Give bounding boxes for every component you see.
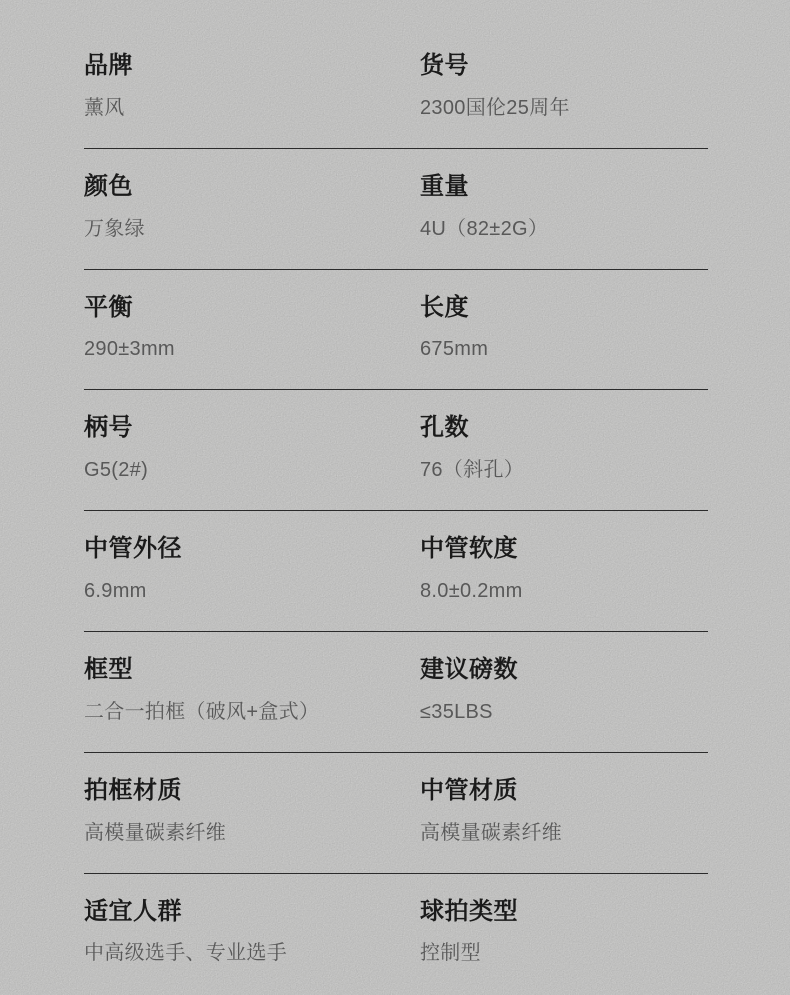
spec-cell-racket-type: 球拍类型 控制型 (420, 898, 708, 966)
spec-value-brand: 薰风 (84, 96, 420, 120)
spec-label-brand: 品牌 (84, 52, 420, 81)
spec-cell-shaft-flex: 中管软度 8.0±0.2mm (420, 535, 708, 603)
spec-row-audience-type: 适宜人群 中高级选手、专业选手 球拍类型 控制型 (84, 874, 708, 994)
spec-label-shaft-flex: 中管软度 (420, 535, 708, 564)
spec-row-balance-length: 平衡 290±3mm 长度 675mm (84, 270, 708, 391)
spec-label-grip-size: 柄号 (84, 414, 420, 443)
spec-cell-frame-type: 框型 二合一拍框（破风+盒式） (84, 656, 420, 724)
spec-value-frame-type: 二合一拍框（破风+盒式） (84, 700, 420, 724)
spec-row-brand-item: 品牌 薰风 货号 2300国伦25周年 (84, 28, 708, 149)
spec-cell-shaft-diameter: 中管外径 6.9mm (84, 535, 420, 603)
spec-cell-weight: 重量 4U（82±2G） (420, 173, 708, 241)
spec-label-frame-type: 框型 (84, 656, 420, 685)
spec-label-racket-type: 球拍类型 (420, 898, 708, 927)
spec-value-balance: 290±3mm (84, 337, 420, 361)
spec-label-item-no: 货号 (420, 52, 708, 81)
spec-label-length: 长度 (420, 294, 708, 323)
spec-label-target-players: 适宜人群 (84, 898, 420, 927)
spec-label-shaft-material: 中管材质 (420, 777, 708, 806)
spec-value-length: 675mm (420, 337, 708, 361)
spec-value-color: 万象绿 (84, 217, 420, 241)
spec-label-weight: 重量 (420, 173, 708, 202)
spec-cell-item-no: 货号 2300国伦25周年 (420, 52, 708, 120)
spec-label-frame-material: 拍框材质 (84, 777, 420, 806)
spec-label-hole-count: 孔数 (420, 414, 708, 443)
spec-value-shaft-diameter: 6.9mm (84, 579, 420, 603)
spec-row-color-weight: 颜色 万象绿 重量 4U（82±2G） (84, 149, 708, 270)
spec-cell-frame-material: 拍框材质 高模量碳素纤维 (84, 777, 420, 845)
spec-value-weight: 4U（82±2G） (420, 217, 708, 241)
spec-cell-color: 颜色 万象绿 (84, 173, 420, 241)
spec-label-balance: 平衡 (84, 294, 420, 323)
spec-value-string-tension: ≤35LBS (420, 700, 708, 724)
spec-label-color: 颜色 (84, 173, 420, 202)
spec-cell-length: 长度 675mm (420, 294, 708, 362)
spec-value-target-players: 中高级选手、专业选手 (84, 941, 420, 965)
spec-row-materials: 拍框材质 高模量碳素纤维 中管材质 高模量碳素纤维 (84, 753, 708, 874)
spec-row-shaft-diameter-flex: 中管外径 6.9mm 中管软度 8.0±0.2mm (84, 511, 708, 632)
spec-row-grip-holes: 柄号 G5(2#) 孔数 76（斜孔） (84, 390, 708, 511)
spec-value-hole-count: 76（斜孔） (420, 458, 708, 482)
spec-value-frame-material: 高模量碳素纤维 (84, 821, 420, 845)
spec-label-shaft-diameter: 中管外径 (84, 535, 420, 564)
spec-cell-hole-count: 孔数 76（斜孔） (420, 414, 708, 482)
spec-value-shaft-flex: 8.0±0.2mm (420, 579, 708, 603)
spec-cell-shaft-material: 中管材质 高模量碳素纤维 (420, 777, 708, 845)
spec-cell-balance: 平衡 290±3mm (84, 294, 420, 362)
spec-row-frame-tension: 框型 二合一拍框（破风+盒式） 建议磅数 ≤35LBS (84, 632, 708, 753)
spec-cell-target-players: 适宜人群 中高级选手、专业选手 (84, 898, 420, 966)
spec-value-grip-size: G5(2#) (84, 458, 420, 482)
spec-value-racket-type: 控制型 (420, 941, 708, 965)
spec-label-string-tension: 建议磅数 (420, 656, 708, 685)
spec-cell-string-tension: 建议磅数 ≤35LBS (420, 656, 708, 724)
spec-value-item-no: 2300国伦25周年 (420, 96, 708, 120)
spec-value-shaft-material: 高模量碳素纤维 (420, 821, 708, 845)
spec-cell-grip-size: 柄号 G5(2#) (84, 414, 420, 482)
product-spec-sheet: 品牌 薰风 货号 2300国伦25周年 颜色 万象绿 重量 4U（82±2G） … (84, 0, 708, 993)
spec-cell-brand: 品牌 薰风 (84, 52, 420, 120)
